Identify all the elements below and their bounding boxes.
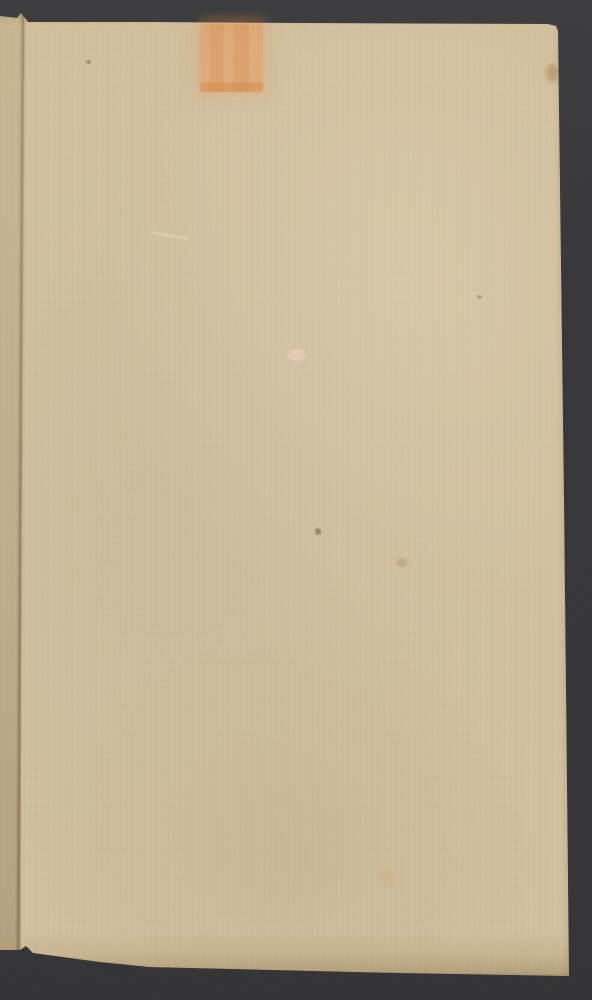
speck-center (315, 528, 321, 535)
stain-right-edge (546, 64, 559, 82)
spot-center-right (396, 558, 408, 567)
scan-viewport (0, 0, 592, 1000)
library-stamp (200, 24, 263, 92)
smudge-bottom (378, 870, 396, 884)
scratch-left (148, 230, 190, 240)
fiber-speck-right (477, 295, 482, 299)
book-page (0, 0, 592, 1000)
speck-top-left (86, 60, 91, 64)
blemish-center (288, 349, 305, 361)
